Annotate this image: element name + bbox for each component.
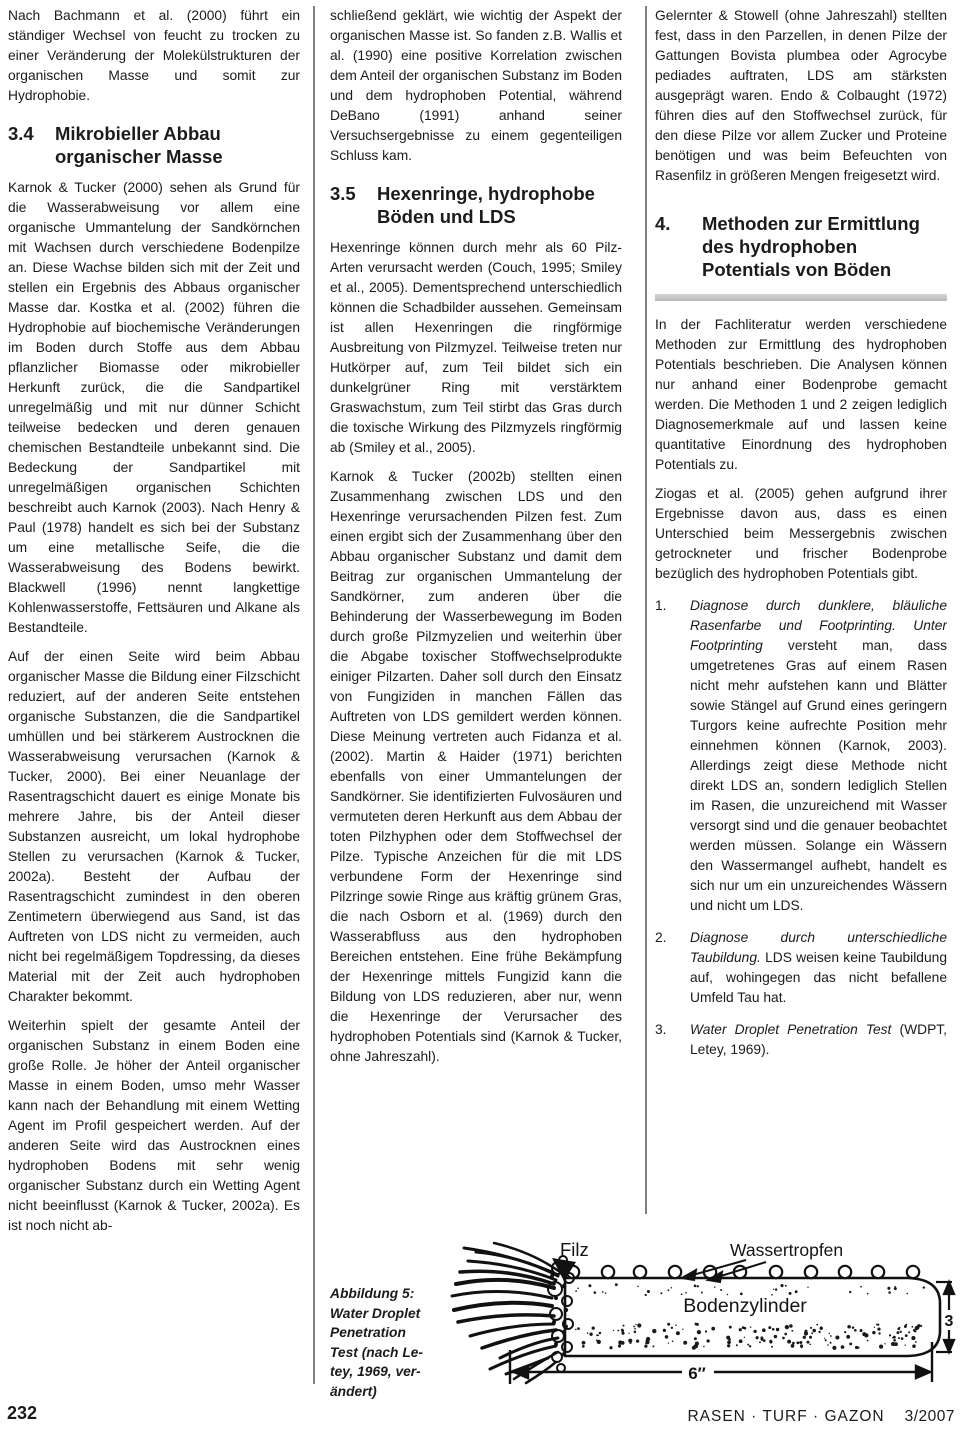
paragraph: Nach Bachmann et al. (2000) führt ein st… <box>8 6 300 106</box>
section-heading-4: 4. Methoden zur Ermittlung des hydrophob… <box>655 212 947 281</box>
list-text: Water Droplet Penetration Test (WDPT, Le… <box>690 1020 947 1060</box>
paragraph: schließend geklärt, wie wichtig der Aspe… <box>330 6 622 166</box>
list-lead-italic: Water Droplet Penetration Test <box>690 1022 891 1037</box>
water-droplet <box>872 1266 884 1278</box>
column-right: Gelernter & Stowell (ohne Jahreszahl) st… <box>655 6 947 1306</box>
heading-title: Methoden zur Ermittlung des hydrophoben … <box>702 212 947 281</box>
water-droplet <box>839 1266 851 1278</box>
column-divider <box>645 6 647 1214</box>
paragraph: In der Fachliteratur werden verschiedene… <box>655 315 947 475</box>
paragraph: Hexenringe können durch mehr als 60 Pilz… <box>330 238 622 458</box>
list-item: 3. Water Droplet Penetration Test (WDPT,… <box>655 1020 947 1060</box>
water-droplet <box>669 1266 681 1278</box>
footer-journal-line: RASEN · TURF · GAZON3/2007 <box>687 1408 955 1426</box>
width-dimension-label: 6″ <box>688 1364 706 1383</box>
numbered-list: 1. Diagnose durch dunklere, bläuliche Ra… <box>655 596 947 1060</box>
heading-number: 3.5 <box>330 182 377 228</box>
column-divider <box>313 6 315 1384</box>
water-droplets <box>567 1266 919 1278</box>
list-rest: versteht man, dass umgetretenes Gras auf… <box>690 638 947 913</box>
paragraph: Weiterhin spielt der gesamte Anteil der … <box>8 1016 300 1236</box>
footer-issue: 3/2007 <box>905 1408 955 1425</box>
heading-number: 3.4 <box>8 122 55 168</box>
water-droplet <box>602 1266 614 1278</box>
paragraph: Auf der einen Seite wird beim Abbau orga… <box>8 647 300 1007</box>
grass-blades <box>452 1243 560 1383</box>
water-droplet <box>805 1266 817 1278</box>
paragraph: Karnok & Tucker (2002b) stellten einen Z… <box>330 467 622 1067</box>
list-text: Diagnose durch unterschiedliche Taubildu… <box>690 928 947 1008</box>
list-text: Diagnose durch dunklere, bläuliche Rasen… <box>690 596 947 916</box>
heading-number: 4. <box>655 212 702 281</box>
column-middle: schließend geklärt, wie wichtig der Aspe… <box>330 6 622 1218</box>
heading-title: Mikrobieller Abbau organischer Masse <box>55 122 300 168</box>
list-item: 2. Diagnose durch unterschiedliche Taubi… <box>655 928 947 1008</box>
section-heading-3-4: 3.4 Mikrobieller Abbau organischer Masse <box>8 122 300 168</box>
water-droplet <box>907 1266 919 1278</box>
heading-title: Hexenringe, hydrophobe Böden und LDS <box>377 182 622 228</box>
height-dimension-label: 3 <box>945 1313 954 1330</box>
list-item: 1. Diagnose durch dunklere, bläuliche Ra… <box>655 596 947 916</box>
wdpt-figure-svg: Filz Wassertropfen Bodenzylinder 6″ <box>448 1226 960 1422</box>
footer-journal: RASEN · TURF · GAZON <box>687 1408 884 1425</box>
felt-label: Filz <box>560 1239 589 1260</box>
list-number: 1. <box>655 596 690 916</box>
list-number: 2. <box>655 928 690 1008</box>
section-heading-3-5: 3.5 Hexenringe, hydrophobe Böden und LDS <box>330 182 622 228</box>
waterdrop-label: Wassertropfen <box>730 1240 843 1260</box>
water-droplet <box>634 1266 646 1278</box>
paragraph: Gelernter & Stowell (ohne Jahreszahl) st… <box>655 6 947 186</box>
paragraph: Karnok & Tucker (2000) sehen als Grund f… <box>8 178 300 638</box>
water-droplet <box>770 1266 782 1278</box>
column-left: Nach Bachmann et al. (2000) führt ein st… <box>8 6 300 1391</box>
paragraph: Ziogas et al. (2005) gehen aufgrund ihre… <box>655 484 947 584</box>
document-page: Nach Bachmann et al. (2000) führt ein st… <box>0 0 960 1432</box>
list-number: 3. <box>655 1020 690 1060</box>
wdpt-figure: Filz Wassertropfen Bodenzylinder 6″ <box>448 1226 960 1422</box>
section-rule <box>655 294 947 301</box>
soil-cylinder-label: Bodenzylinder <box>683 1295 807 1317</box>
footer-page-number: 232 <box>7 1403 37 1424</box>
